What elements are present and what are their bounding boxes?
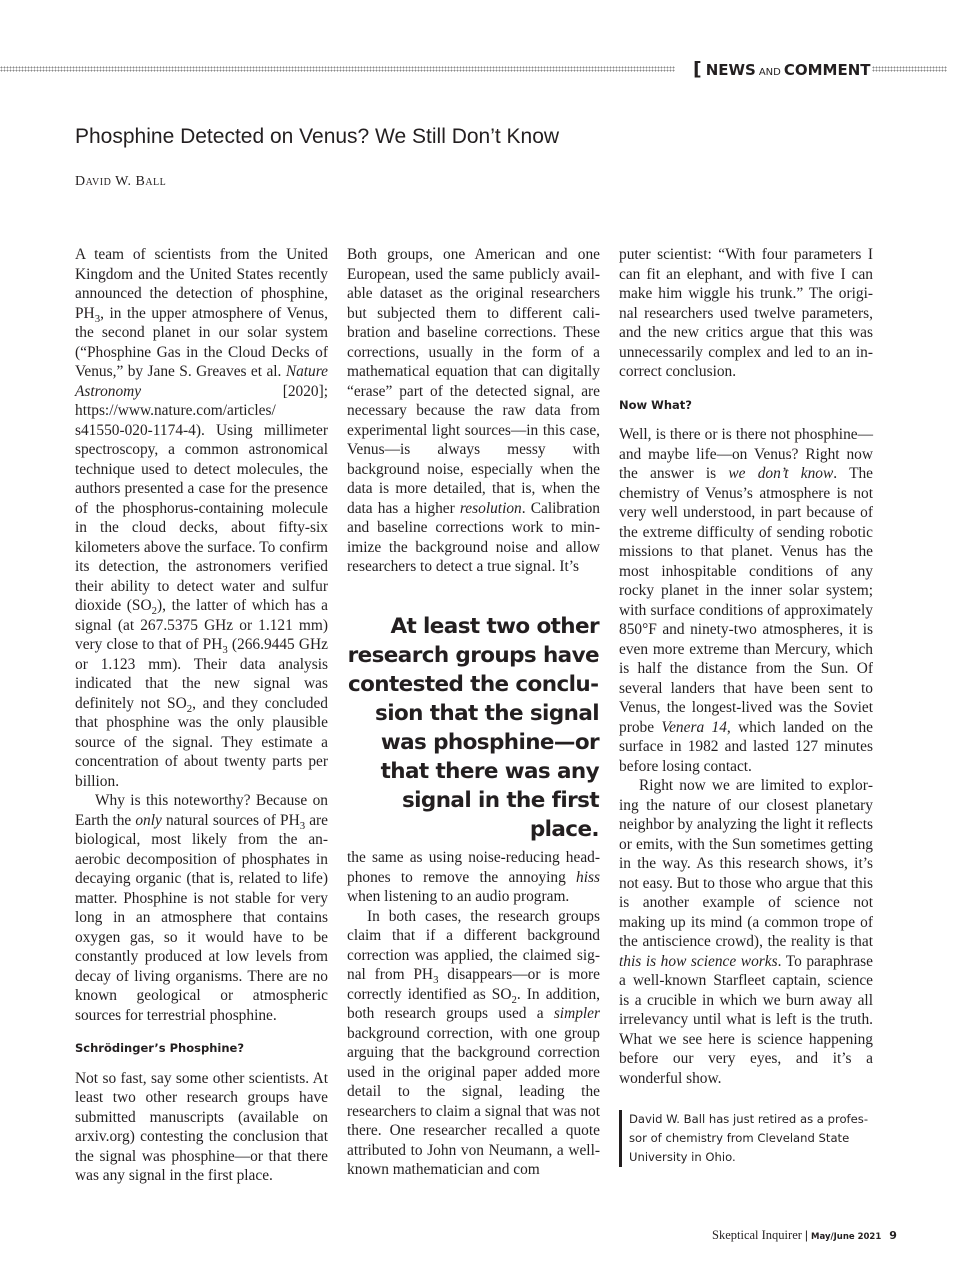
- section-bracket: [: [693, 58, 702, 80]
- section-word-news: NEWS: [706, 61, 756, 79]
- page-number: 9: [889, 1229, 897, 1242]
- header-dotted-rule-right: [872, 66, 947, 72]
- article-title: Phosphine Detected on Venus? We Still Do…: [75, 125, 559, 149]
- pull-quote: At least two other research groups have …: [347, 612, 599, 844]
- page-footer: Skeptical Inquirer|May/June 20219: [712, 1226, 897, 1244]
- paragraph: Not so fast, say some other scientists. …: [75, 1069, 328, 1186]
- paragraph: Why is this noteworthy? Because on Earth…: [75, 791, 328, 1025]
- column-3: puter scientist: “With four parameters I…: [619, 245, 873, 1167]
- author-byline: David W. Ball: [75, 174, 166, 190]
- issue-date: May/June 2021: [811, 1232, 881, 1242]
- subhead-schrodingers-phosphine: Schrödinger’s Phosphine?: [75, 1039, 328, 1059]
- section-word-comment: COMMENT: [784, 61, 871, 79]
- paragraph: the same as using noise-reducing head­ph…: [347, 848, 600, 907]
- section-word-and: AND: [759, 67, 781, 78]
- magazine-name: Skeptical Inquirer: [712, 1228, 802, 1242]
- header-dotted-rule-left: [0, 66, 675, 72]
- author-bio: David W. Ball has just retired as a prof…: [619, 1110, 873, 1167]
- paragraph: Well, is there or is there not phos­phin…: [619, 425, 873, 776]
- paragraph: Both groups, one American and one Europe…: [347, 245, 600, 577]
- paragraph: In both cases, the research groups claim…: [347, 907, 600, 1180]
- subhead-now-what: Now What?: [619, 396, 873, 416]
- paragraph: A team of scientists from the United Kin…: [75, 245, 328, 791]
- section-label: [NEWSANDCOMMENT: [693, 58, 871, 80]
- column-2: Both groups, one American and one Europe…: [347, 245, 600, 577]
- column-2-continued: the same as using noise-reducing head­ph…: [347, 848, 600, 1180]
- footer-separator: |: [805, 1228, 808, 1242]
- column-1: A team of scientists from the United Kin…: [75, 245, 328, 1186]
- paragraph: puter scientist: “With four parameters I…: [619, 245, 873, 382]
- paragraph: Right now we are limited to explor­ing t…: [619, 776, 873, 1088]
